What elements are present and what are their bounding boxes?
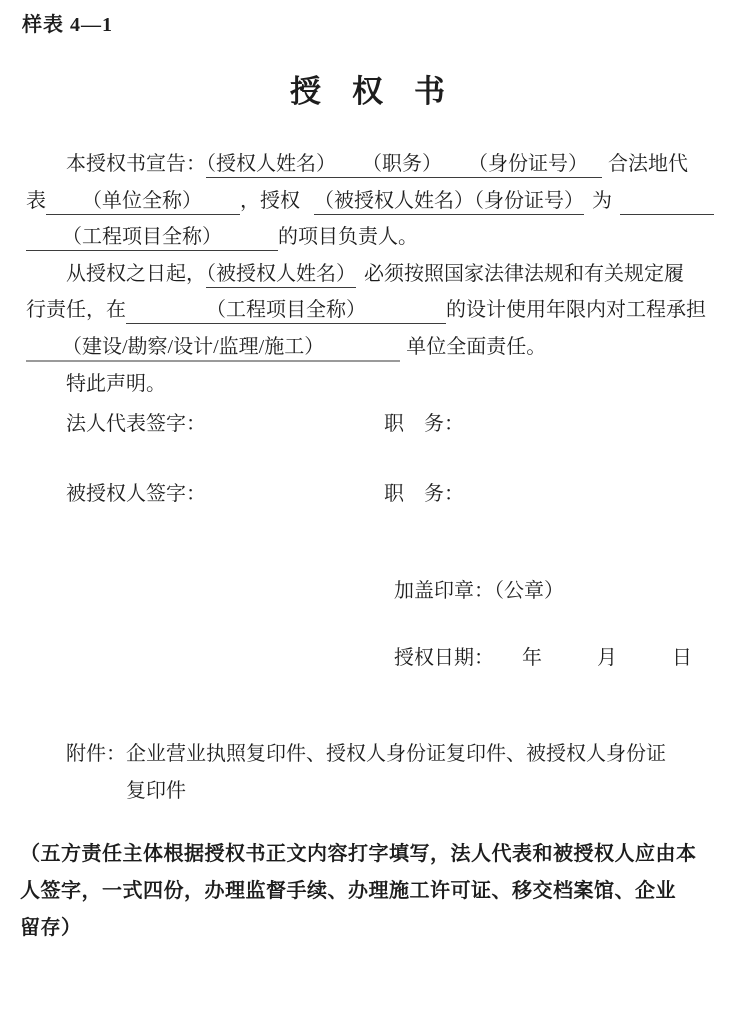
field-grantor-name: （授权人姓名）	[206, 153, 336, 178]
date-month-label: 月	[597, 647, 617, 669]
field-position: （职务）	[372, 153, 442, 178]
paragraph-indent	[26, 373, 66, 395]
blank-gap	[46, 190, 82, 215]
field-grantee-name-id: （被授权人姓名）（身份证号）	[314, 190, 584, 215]
declaration-text: ，授权	[240, 190, 300, 212]
obligation-text: 单位全面责任。	[406, 336, 546, 358]
obligation-text: 行责任，在	[26, 299, 126, 321]
obligation-text: 的设计使用年限内对工程承担	[446, 299, 706, 321]
blank-gap	[222, 226, 278, 251]
blank-gap	[192, 190, 240, 215]
date-day-label: 日	[672, 647, 692, 669]
grantee-signature-label: 被授权人签字：	[66, 483, 206, 505]
legal-representative-signature-label: 法人代表签字：	[66, 413, 206, 435]
blank-gap	[588, 153, 602, 178]
legal-representative-signature-row: 法人代表签字： 职 务：	[26, 406, 726, 443]
declaration-line-1: 本授权书宣告：（授权人姓名）（职务）（身份证号）合法地代	[26, 146, 726, 183]
date-year-label: 年	[522, 647, 542, 669]
obligation-line-1: 从授权之日起，（被授权人姓名）必须按照国家法律法规和有关规定履	[26, 256, 726, 293]
footnote-line-3: 留存）	[20, 910, 697, 947]
declaration-intro: 本授权书宣告：	[66, 153, 206, 175]
obligation-line-2: 行责任，在（工程项目全称）的设计使用年限内对工程承担	[26, 292, 726, 329]
blank-field	[620, 190, 714, 215]
footnote-section: （五方责任主体根据授权书正文内容打字填写，法人代表和被授权人应由本 人签字，一式…	[20, 836, 697, 947]
declaration-line-3: （工程项目全称）的项目负责人。	[26, 219, 726, 256]
declaration-text: 表	[26, 190, 46, 212]
field-grantee-name: （被授权人姓名）	[206, 263, 356, 288]
duty-label: 职 务：	[384, 476, 464, 513]
field-unit-type: （建设/勘察/设计/监理/施工）	[62, 336, 324, 362]
attachment-section: 附件：企业营业执照复印件、授权人身份证复印件、被授权人身份证 复印件	[66, 736, 666, 810]
document-body: 本授权书宣告：（授权人姓名）（职务）（身份证号）合法地代 表（单位全称），授权（…	[26, 146, 726, 402]
declaration-line-2: 表（单位全称），授权（被授权人姓名）（身份证号）为	[26, 183, 726, 220]
declaration-text: 合法地代	[608, 153, 688, 175]
document-title: 授 权 书	[0, 66, 735, 111]
stamp-line: 加盖印章：（公章）	[394, 576, 564, 606]
declaration-text: 为	[592, 190, 612, 212]
blank-gap	[442, 153, 478, 178]
obligation-text: 从授权之日起，	[66, 263, 206, 285]
closing-text: 特此声明。	[66, 373, 166, 395]
signature-section: 法人代表签字： 职 务： 被授权人签字： 职 务：	[26, 406, 726, 513]
obligation-line-3: （建设/勘察/设计/监理/施工）单位全面责任。	[26, 329, 726, 366]
field-project-name-2: （工程项目全称）	[206, 299, 366, 324]
form-code: 样表 4—1	[22, 8, 113, 37]
closing-statement: 特此声明。	[26, 366, 726, 403]
footnote-line-1: （五方责任主体根据授权书正文内容打字填写，法人代表和被授权人应由本	[20, 836, 697, 873]
paragraph-indent	[26, 153, 66, 175]
attachment-line-2: 复印件	[126, 773, 666, 810]
paragraph-indent	[26, 263, 66, 285]
blank-gap	[366, 299, 446, 324]
blank-gap	[26, 226, 62, 251]
blank-gap	[26, 336, 62, 362]
grantee-signature-row: 被授权人签字： 职 务：	[26, 476, 726, 513]
field-company-name: （单位全称）	[82, 190, 192, 215]
obligation-text: 必须按照国家法律法规和有关规定履	[364, 263, 684, 285]
blank-gap	[324, 336, 400, 362]
date-label: 授权日期：	[394, 647, 494, 669]
authorization-letter-document: 样表 4—1 授 权 书 本授权书宣告：（授权人姓名）（职务）（身份证号）合法地…	[0, 0, 735, 1025]
blank-gap	[126, 299, 206, 324]
footnote-line-2: 人签字，一式四份，办理监督手续、办理施工许可证、移交档案馆、企业	[20, 873, 697, 910]
duty-label: 职 务：	[384, 406, 464, 443]
authorization-date-line: 授权日期：年月日	[394, 643, 692, 673]
attachment-line-1: 附件：企业营业执照复印件、授权人身份证复印件、被授权人身份证	[66, 736, 666, 773]
blank-gap	[336, 153, 372, 178]
declaration-text: 的项目负责人。	[278, 226, 418, 248]
field-id-number: （身份证号）	[478, 153, 588, 178]
field-project-name: （工程项目全称）	[62, 226, 222, 251]
